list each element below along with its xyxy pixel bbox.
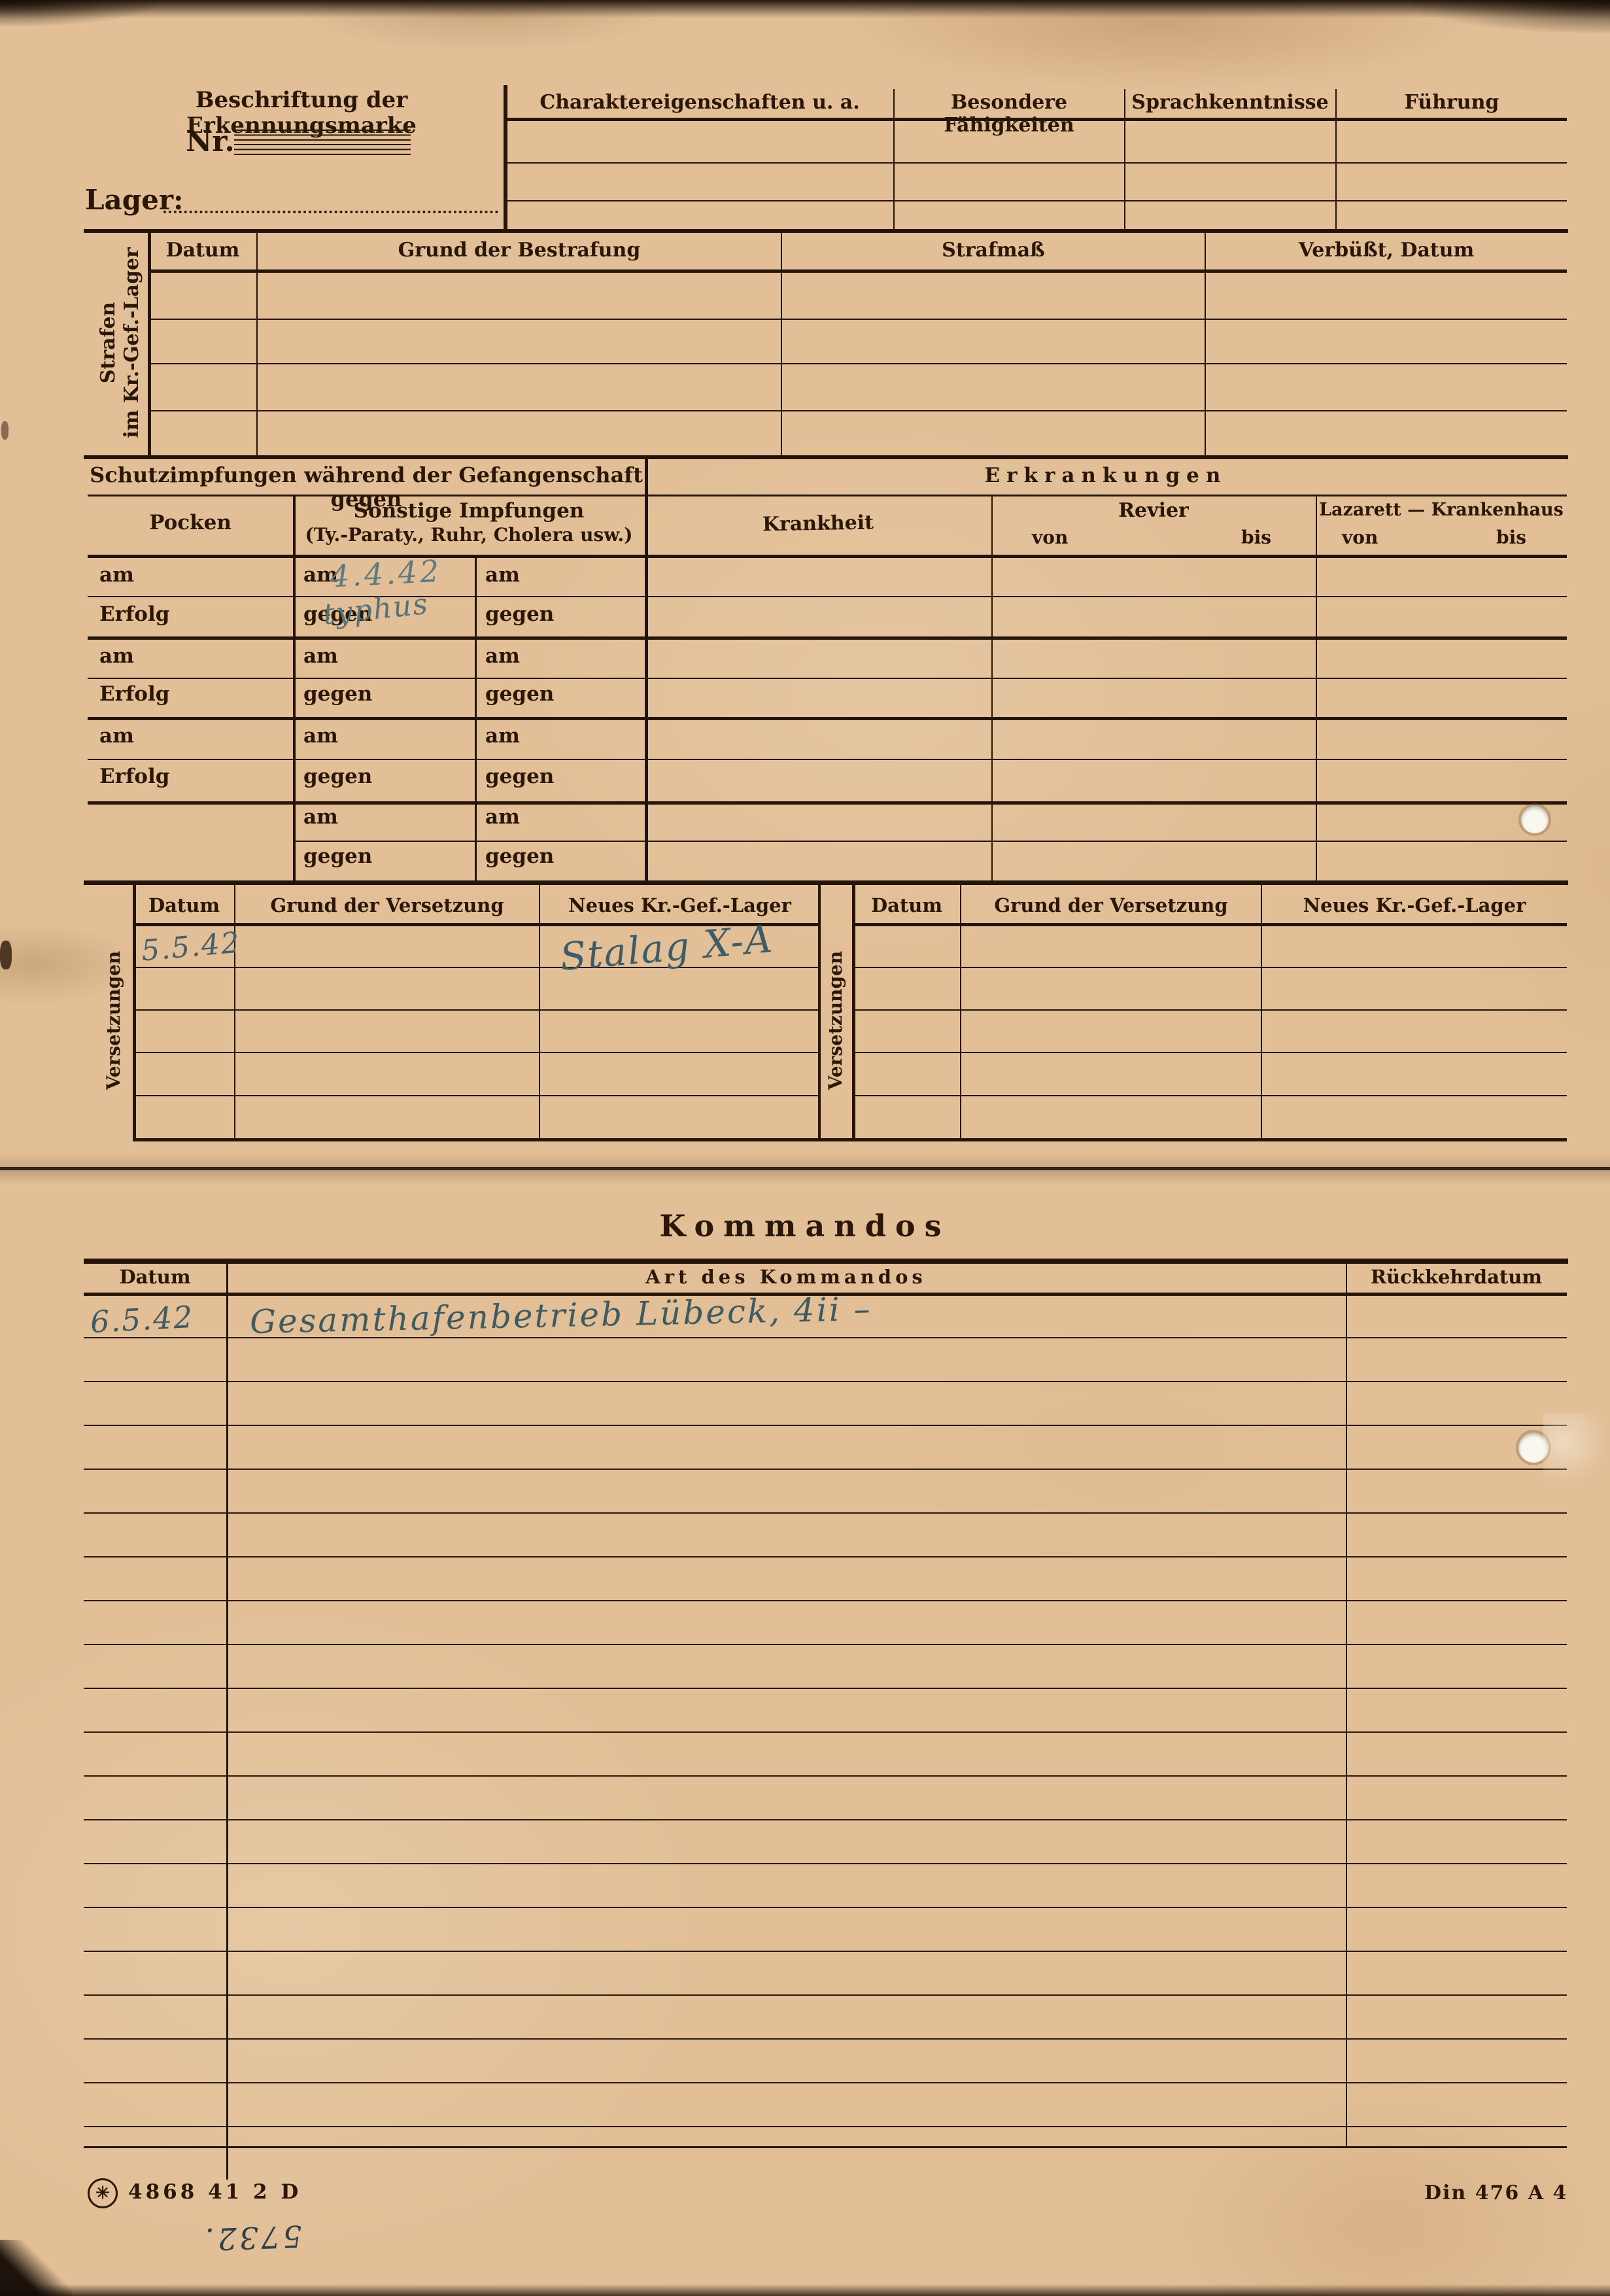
h-rule [504, 200, 1567, 201]
versetzungen-left-side-label: Versetzungen [103, 951, 125, 1090]
h-rule [148, 270, 1567, 273]
v-rule [1316, 496, 1317, 882]
pow-record-card-back: Beschriftung der Erkennungsmarke Nr. Lag… [0, 0, 1610, 2296]
printer-mark-icon: ✳ [88, 2178, 118, 2208]
section-divider [84, 229, 1568, 233]
pocken-am-label-1: am [99, 564, 134, 587]
v-rule [1335, 89, 1337, 230]
pocken-am-label-3: am [99, 725, 134, 748]
assessment-header-faehigkeiten: Besondere Fähigkeiten [895, 92, 1123, 137]
kommandos-title: Kommandos [609, 1209, 1001, 1244]
h-rule [852, 1052, 1567, 1053]
sonstige1-am-label-3: am [303, 725, 338, 748]
sonstige2-gegen-label-2: gegen [485, 683, 554, 706]
scan-edge-top [0, 0, 1610, 18]
h-rule [88, 717, 1567, 720]
revier-bis-label: bis [1241, 527, 1271, 548]
sonstige2-gegen-label-4: gegen [485, 845, 554, 869]
din-code: Din 476 A 4 [1424, 2182, 1567, 2205]
h-rule [88, 596, 1567, 597]
versetzungen-right-header-datum: Datum [853, 895, 960, 916]
sonstige1-gegen-label-2: gegen [303, 683, 372, 706]
sonstige1-am-label-2: am [303, 645, 338, 669]
versetzungen-left-header-lager: Neues Kr.-Gef.-Lager [540, 895, 819, 916]
paper-blemish [0, 941, 12, 969]
print-code: 4868 41 2 D [128, 2181, 301, 2204]
h-rule [88, 678, 1567, 679]
pocken-erfolg-label-2: Erfolg [99, 683, 169, 706]
id-tag-number-staff-lines [234, 130, 411, 156]
strafen-side-label: Strafen im Kr.-Gef.-Lager [97, 247, 144, 438]
v-rule [148, 229, 151, 457]
pocken-erfolg-label-1: Erfolg [99, 603, 169, 627]
lazarett-von-label: von [1342, 527, 1378, 548]
paper-blemish [1, 421, 9, 440]
scan-edge-bottom-left-wedge [0, 2240, 72, 2296]
sonstige2-am-label-4: am [485, 806, 520, 829]
h-rule [88, 555, 1567, 558]
krankheit-header: Krankheit [645, 510, 992, 538]
v-rule [645, 457, 648, 882]
h-rule [504, 162, 1567, 164]
v-rule [818, 882, 821, 1139]
v-rule [133, 882, 136, 1139]
sonstige-header-line2: (Ty.-Paraty., Ruhr, Cholera usw.) [293, 525, 645, 546]
v-rule [781, 232, 782, 457]
kommando-datum-handwriting: 6.5.42 [90, 1302, 195, 1337]
strafen-header-grund: Grund der Bestrafung [258, 239, 781, 262]
assessment-header-fuehrung: Führung [1337, 92, 1567, 114]
sonstige1-gegen-label-4: gegen [303, 845, 372, 869]
revier-von-label: von [1032, 527, 1068, 548]
h-rule [88, 801, 1567, 805]
h-rule [293, 841, 1567, 842]
v-rule [1261, 882, 1262, 1139]
kommandos-header-rueckkehr: Rückkehrdatum [1346, 1266, 1567, 1288]
h-rule [504, 118, 1567, 121]
h-rule [133, 1052, 821, 1053]
h-rule [88, 636, 1567, 640]
sonstige2-am-label-2: am [485, 645, 520, 669]
kommando-art-handwriting: Gesamthafenbetrieb Lübeck, 4ii – [250, 1293, 873, 1338]
v-rule [256, 232, 258, 457]
scan-edge-top-left [0, 0, 157, 26]
pocken-header: Pocken [88, 512, 293, 535]
h-rule [148, 319, 1567, 320]
id-tag-nr-label: Nr. [186, 126, 235, 159]
sonstige2-gegen-label-3: gegen [485, 765, 554, 789]
versetzungen-left-header-grund: Grund der Versetzung [235, 895, 539, 916]
h-rule [133, 1095, 821, 1096]
v-rule [991, 496, 993, 882]
assessment-header-charakter: Charaktereigenschaften u. a. [507, 92, 892, 114]
versetzungen-right-header-grund: Grund der Versetzung [961, 895, 1261, 916]
v-rule [852, 882, 855, 1139]
strafen-side-label-line1: Strafen [97, 302, 120, 384]
printer-mark-glyph: ✳ [95, 2183, 110, 2203]
v-rule [960, 882, 961, 1139]
v-rule [234, 882, 235, 1139]
scan-edge-top-right [1414, 0, 1610, 33]
kommandos-header-art: Art des Kommandos [226, 1266, 1346, 1288]
assessment-header-sprachen: Sprachkenntnisse [1125, 92, 1335, 114]
erkrankungen-title: Erkrankungen [645, 464, 1567, 488]
h-rule [88, 759, 1567, 760]
h-rule [148, 363, 1567, 364]
v-rule [475, 556, 477, 882]
h-rule [852, 1095, 1567, 1096]
h-rule [852, 923, 1567, 926]
strafen-header-strafmass: Strafmaß [782, 239, 1205, 262]
kommandos-header-datum: Datum [84, 1266, 226, 1288]
scan-edge-bottom [0, 2284, 1610, 2296]
v-rule [1205, 232, 1206, 457]
versetzungen-right-side-label: Versetzungen [825, 951, 847, 1090]
sonstige2-am-label-1: am [485, 564, 520, 587]
strafen-header-datum: Datum [149, 239, 256, 262]
lazarett-bis-label: bis [1496, 527, 1526, 548]
revier-header: Revier [991, 500, 1316, 523]
h-rule [84, 2146, 1567, 2148]
pocken-am-label-2: am [99, 645, 134, 669]
h-rule [133, 1138, 1567, 1141]
strafen-header-verbuesst: Verbüßt, Datum [1206, 239, 1567, 262]
sonstige1-am-label-4: am [303, 806, 338, 829]
card-fold-line [0, 1167, 1610, 1170]
v-rule [539, 882, 540, 1139]
h-rule [852, 1009, 1567, 1011]
versetzungen-right-header-lager: Neues Kr.-Gef.-Lager [1262, 895, 1567, 916]
kommandos-row-rules [84, 1337, 1567, 2129]
sonstige2-am-label-3: am [485, 725, 520, 748]
pocken-erfolg-label-3: Erfolg [99, 765, 169, 789]
v-rule [1124, 89, 1125, 230]
bottom-number-handwriting: 5732. [202, 2221, 302, 2254]
section-divider [84, 455, 1568, 459]
h-rule [133, 967, 821, 968]
strafen-side-label-line2: im Kr.-Gef.-Lager [120, 247, 143, 438]
v-rule [293, 496, 296, 882]
v-rule [893, 89, 895, 230]
h-rule [852, 967, 1567, 968]
versetzungen-left-header-datum: Datum [134, 895, 234, 916]
section-divider [84, 880, 1568, 885]
versetzung-datum-handwriting: 5.5.42 [140, 928, 241, 965]
sonstige1-gegen-label-3: gegen [303, 765, 372, 789]
h-rule [133, 1009, 821, 1011]
lager-fill-line [163, 187, 498, 213]
h-rule [88, 495, 1567, 496]
sonstige2-gegen-label-1: gegen [485, 603, 554, 627]
lazarett-header: Lazarett — Krankenhaus [1316, 500, 1567, 520]
impfung-datum-handwriting: 4.4.42 [330, 556, 442, 592]
torn-paper-mark [1543, 1413, 1609, 1485]
v-rule [226, 1261, 228, 2180]
hole-punch [1521, 806, 1549, 833]
h-rule [148, 410, 1567, 411]
v-rule [1346, 1261, 1347, 2148]
sonstige-header-line1: Sonstige Impfungen [293, 500, 645, 523]
